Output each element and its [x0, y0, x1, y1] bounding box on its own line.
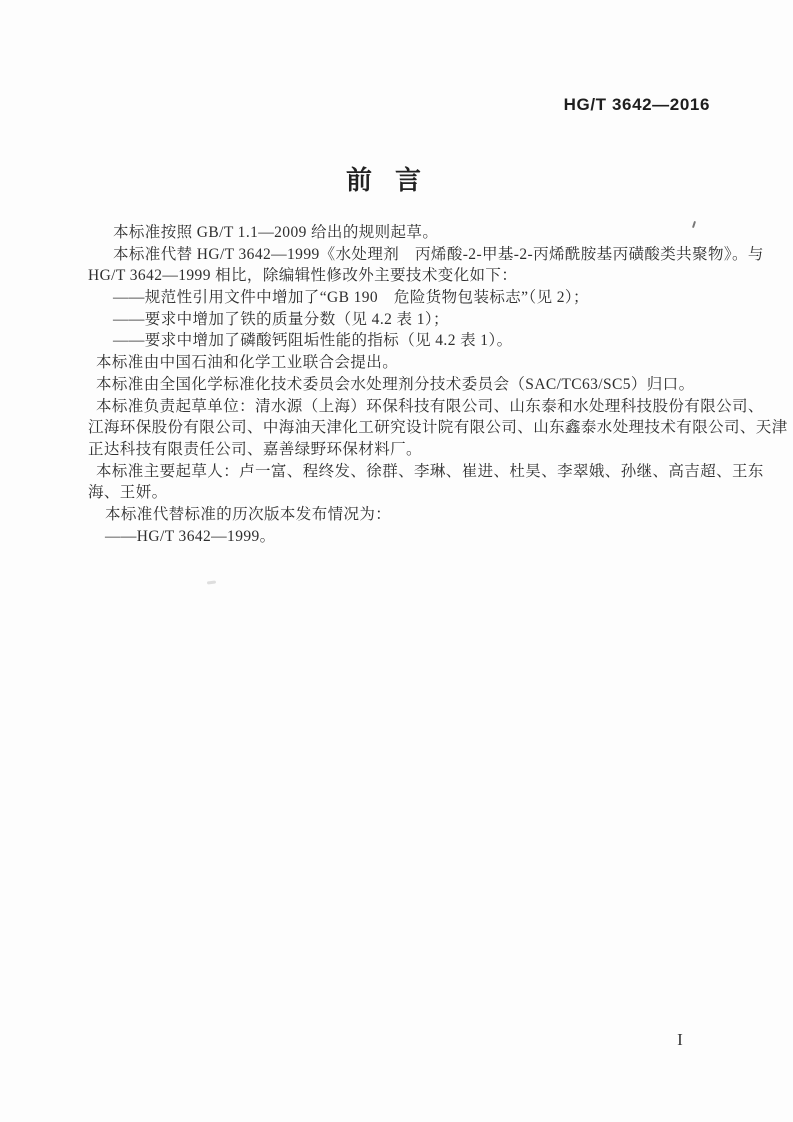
- page-title: 前言: [0, 160, 780, 197]
- body-line: 正达科技有限责任公司、嘉善绿野环保材料厂。: [88, 439, 710, 461]
- body-line: 本标准按照 GB/T 1.1—2009 给出的规则起草。: [88, 222, 710, 244]
- body-line: HG/T 3642—1999 相比，除编辑性修改外主要技术变化如下：: [88, 265, 710, 287]
- page-number: I: [670, 1030, 690, 1050]
- foreword-body: 本标准按照 GB/T 1.1—2009 给出的规则起草。 本标准代替 HG/T …: [88, 222, 710, 547]
- scan-artifact-smudge: [207, 580, 216, 584]
- body-line: 本标准主要起草人：卢一富、程终发、徐群、李琳、崔进、杜昊、李翠娥、孙继、高吉超、…: [88, 461, 710, 483]
- body-line: 本标准代替标准的历次版本发布情况为：: [88, 504, 710, 526]
- body-line: 本标准由中国石油和化学工业联合会提出。: [88, 352, 710, 374]
- body-line: 本标准负责起草单位：清水源（上海）环保科技有限公司、山东泰和水处理科技股份有限公…: [88, 396, 710, 418]
- body-line: 本标准代替 HG/T 3642—1999《水处理剂 丙烯酸-2-甲基-2-丙烯酰…: [88, 244, 710, 266]
- body-line: ——要求中增加了磷酸钙阻垢性能的指标（见 4.2 表 1）。: [88, 330, 710, 352]
- body-line: ——规范性引用文件中增加了“GB 190 危险货物包装标志”（见 2）；: [88, 287, 710, 309]
- body-line: 海、王妍。: [88, 482, 710, 504]
- scanned-standard-page: HG/T 3642—2016 前言 本标准按照 GB/T 1.1—2009 给出…: [0, 0, 793, 1122]
- title-char-second: 言: [395, 160, 421, 197]
- body-line: ——要求中增加了铁的质量分数（见 4.2 表 1）；: [88, 309, 710, 331]
- body-line: 江海环保股份有限公司、中海油天津化工研究设计院有限公司、山东鑫泰水处理技术有限公…: [88, 417, 710, 439]
- standard-code-header: HG/T 3642—2016: [564, 95, 710, 115]
- body-line: ——HG/T 3642—1999。: [88, 526, 710, 548]
- body-line: 本标准由全国化学标准化技术委员会水处理剂分技术委员会（SAC/TC63/SC5）…: [88, 374, 710, 396]
- title-char-first: 前: [346, 160, 372, 197]
